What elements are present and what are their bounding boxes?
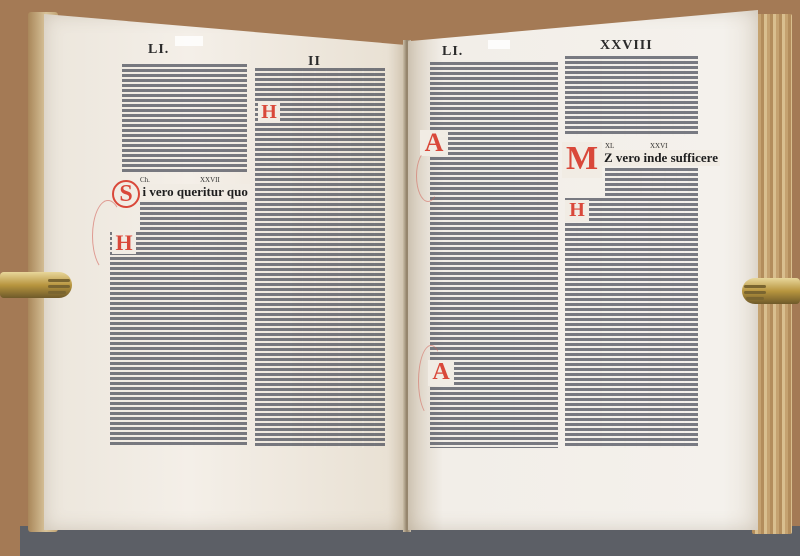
left-heading: S i vero queritur quo [130, 184, 250, 200]
right-column-2-text-top [565, 56, 698, 136]
left-column-1-text-body [110, 232, 247, 447]
red-pen-flourish [418, 345, 444, 417]
left-column-2-text [255, 68, 385, 448]
paper-label-tab [175, 36, 203, 46]
right-column-1-text [430, 62, 558, 448]
right-brass-hand-clamp [742, 278, 800, 304]
left-section-prefix: Ch. [140, 176, 150, 184]
rubricated-initial: H [565, 200, 589, 222]
right-column-2-text-body [565, 198, 698, 448]
left-brass-hand-clamp [0, 272, 72, 298]
red-pen-flourish [416, 150, 440, 202]
right-page-block-edge [752, 14, 792, 534]
left-section-label: XXVII [200, 176, 220, 184]
right-heading: Z vero inde sufficere [602, 150, 720, 166]
right-column-2-text-intro [605, 168, 698, 196]
left-column-1-text-intro [140, 202, 247, 232]
rubricated-initial: S [112, 180, 140, 208]
red-pen-flourish [92, 200, 124, 272]
right-section-prefix: XL [605, 142, 614, 150]
paper-label-tab [488, 40, 510, 49]
right-section-label: XXVI [650, 142, 668, 150]
left-folio-header: LI. [148, 42, 169, 58]
right-folio-header: LI. [442, 44, 463, 60]
rubricated-initial: M [562, 142, 602, 178]
rubricated-initial: H [258, 102, 280, 122]
right-column-header: XXVIII [600, 38, 653, 54]
open-book-photo: LI. II Ch. XXVII S i vero queritur quo S… [0, 0, 800, 556]
left-column-1-text-top [122, 64, 247, 174]
